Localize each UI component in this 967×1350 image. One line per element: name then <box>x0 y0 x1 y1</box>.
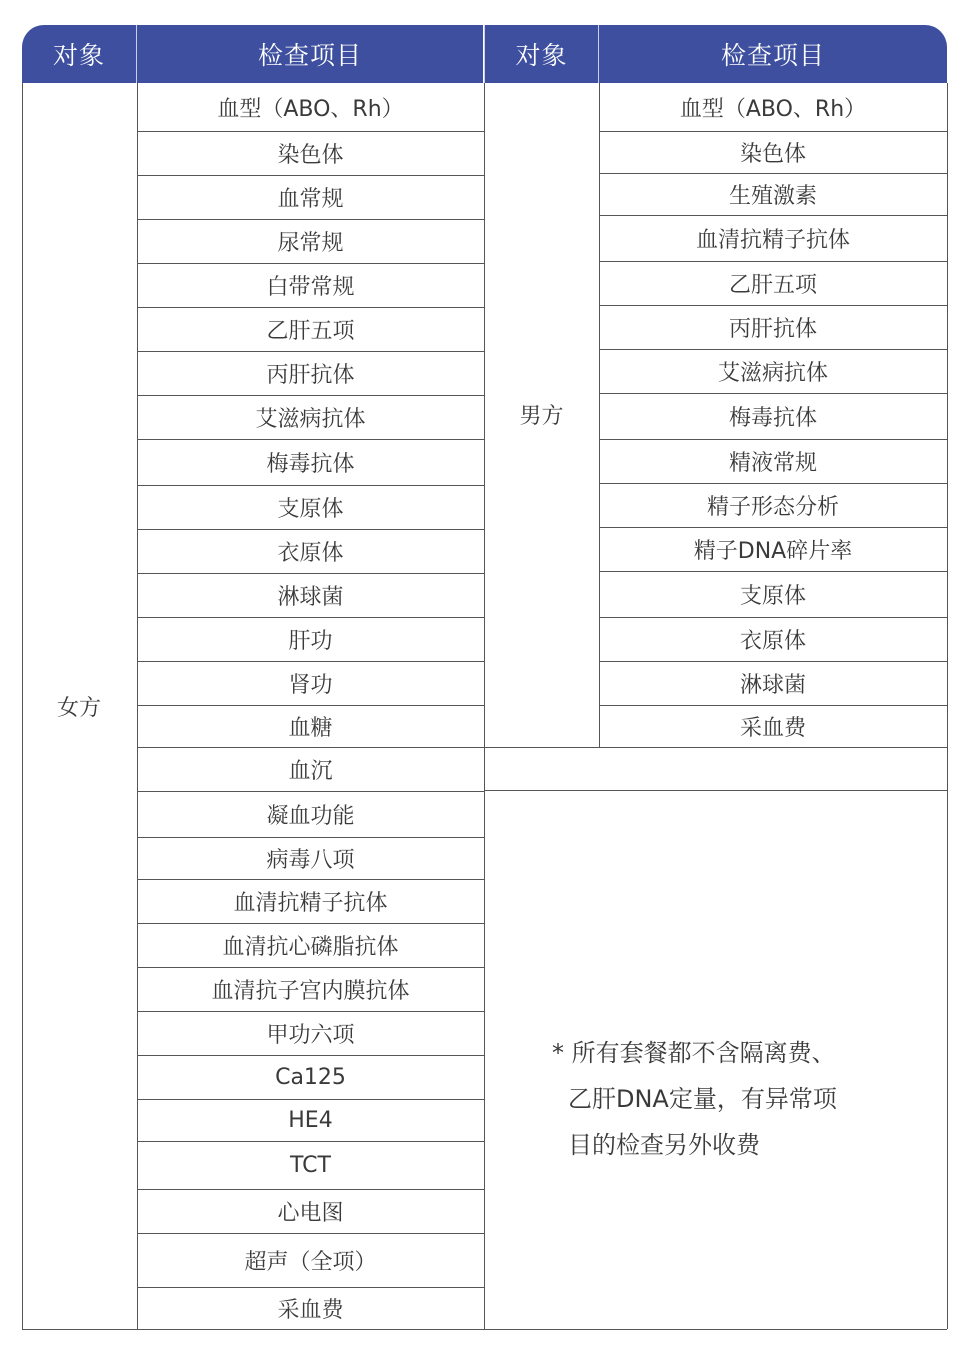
female-item: 心电图 <box>137 1189 484 1233</box>
male-item: 梅毒抗体 <box>599 393 947 439</box>
female-item: 超声（全项） <box>137 1233 484 1287</box>
female-item: 肾功 <box>137 661 484 705</box>
footnote: * 所有套餐都不含隔离费、 乙肝DNA定量，有异常项 目的检查另外收费 <box>552 1030 892 1168</box>
footnote-line: 目的检查另外收费 <box>552 1122 892 1168</box>
male-item: 血清抗精子抗体 <box>599 215 947 261</box>
female-item: 丙肝抗体 <box>137 351 484 395</box>
female-item: 采血费 <box>137 1287 484 1329</box>
male-item: 衣原体 <box>599 617 947 661</box>
female-item: 血清抗心磷脂抗体 <box>137 923 484 967</box>
grid-line <box>484 747 947 748</box>
female-item: 肝功 <box>137 617 484 661</box>
female-item: Ca125 <box>137 1055 484 1099</box>
male-item: 血型（ABO、Rh） <box>599 83 947 131</box>
female-item: 尿常规 <box>137 219 484 263</box>
female-item: 白带常规 <box>137 263 484 307</box>
header-divider <box>136 25 137 83</box>
female-item: 血清抗精子抗体 <box>137 879 484 923</box>
female-item: 淋球菌 <box>137 573 484 617</box>
grid-line <box>484 790 947 791</box>
header-divider <box>598 25 599 83</box>
female-item: 血糖 <box>137 705 484 747</box>
male-item: 精液常规 <box>599 439 947 483</box>
footnote-line: 乙肝DNA定量，有异常项 <box>552 1076 892 1122</box>
female-item: 乙肝五项 <box>137 307 484 351</box>
female-item: 染色体 <box>137 131 484 175</box>
header-right-items: 检查项目 <box>599 25 947 83</box>
grid-line <box>947 83 948 1329</box>
female-item: 血型（ABO、Rh） <box>137 83 484 131</box>
male-item: 淋球菌 <box>599 661 947 705</box>
footnote-line: * 所有套餐都不含隔离费、 <box>552 1030 892 1076</box>
grid-line <box>22 1329 484 1330</box>
female-item: 梅毒抗体 <box>137 439 484 485</box>
female-item: 血清抗子宫内膜抗体 <box>137 967 484 1011</box>
female-item: 病毒八项 <box>137 837 484 879</box>
header-right-subject: 对象 <box>485 25 598 83</box>
header-left-items: 检查项目 <box>137 25 483 83</box>
female-label: 女方 <box>22 83 136 1329</box>
male-item: 精子形态分析 <box>599 483 947 527</box>
male-item: 艾滋病抗体 <box>599 349 947 393</box>
male-item: 采血费 <box>599 705 947 747</box>
female-item: HE4 <box>137 1099 484 1141</box>
female-item: 衣原体 <box>137 529 484 573</box>
grid-line <box>484 1329 947 1330</box>
male-item: 精子DNA碎片率 <box>599 527 947 571</box>
male-label: 男方 <box>485 83 598 746</box>
header-left-subject: 对象 <box>22 25 136 83</box>
male-item: 染色体 <box>599 131 947 173</box>
female-item: 支原体 <box>137 485 484 529</box>
female-item: 甲功六项 <box>137 1011 484 1055</box>
male-item: 丙肝抗体 <box>599 305 947 349</box>
female-item: TCT <box>137 1141 484 1189</box>
male-item: 乙肝五项 <box>599 261 947 305</box>
male-item: 支原体 <box>599 571 947 617</box>
female-item: 血沉 <box>137 747 484 791</box>
header-divider <box>484 25 485 83</box>
male-item: 生殖激素 <box>599 173 947 215</box>
female-item: 凝血功能 <box>137 791 484 837</box>
female-item: 血常规 <box>137 175 484 219</box>
female-item: 艾滋病抗体 <box>137 395 484 439</box>
